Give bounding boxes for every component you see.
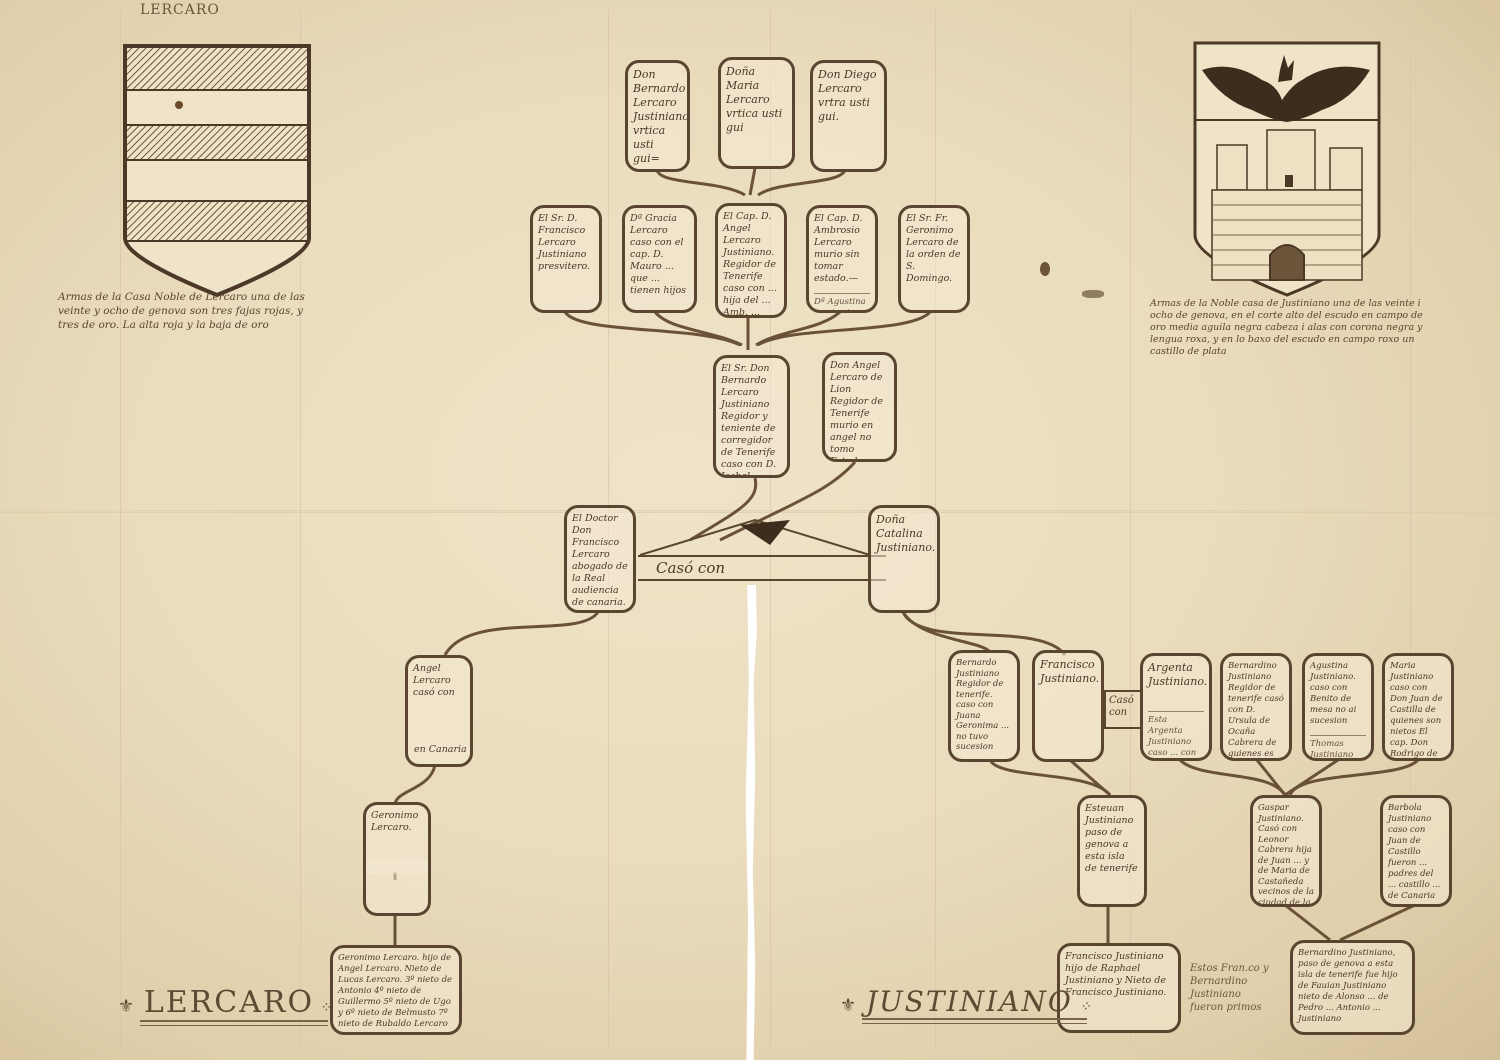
person-box-angel-lercaro-justiniano: El Cap. D. Angel Lercaro Justiniano. Reg…	[715, 203, 787, 318]
person-box-francisco-lercaro-presbitero: El Sr. D. Francisco Lercaro Justiniano p…	[530, 205, 602, 313]
cousins-note: Estos Fran.co y Bernardino Justiniano fu…	[1190, 962, 1275, 1014]
lercaro-coat-of-arms-icon	[122, 43, 312, 298]
person-box-barbola-justiniano: Barbola Justiniano caso con Juan de Cast…	[1380, 795, 1452, 907]
person-box-don-diego-lercaro: Don Diego Lercaro vrtra usti gui.	[810, 60, 887, 172]
person-box-empty	[363, 860, 431, 916]
lercaro-arms-caption: Armas de la Casa Noble de Lercaro una de…	[58, 290, 318, 332]
ink-stain	[1082, 290, 1104, 298]
person-box-gracia-lercaro: Dª Gracia Lercaro caso con el cap. D. Ma…	[622, 205, 697, 313]
person-box-don-bernardo-lercaro: Don Bernardo Lercaro Justiniano vrtica u…	[625, 60, 690, 172]
underline-divider	[140, 1020, 328, 1026]
underline-divider	[862, 1018, 1087, 1024]
person-box-bernardo-lercaro-justiniano: El Sr. Don Bernardo Lercaro Justiniano R…	[713, 355, 790, 478]
family-label-justiniano: ⚜ JUSTINIANO ⁘	[840, 985, 1093, 1018]
family-label-lercaro: ⚜ LERCARO ⁘	[118, 985, 334, 1020]
person-box-maria-justiniano: Maria Justiniano caso con Don Juan de Ca…	[1382, 653, 1454, 761]
ink-stain	[1040, 262, 1050, 276]
person-box-ambrosio-lercaro: El Cap. D. Ambrosio Lercaro murio sin to…	[806, 205, 878, 313]
top-title-lercaro: LERCARO	[140, 4, 220, 17]
person-box-argenta-justiniano: Argenta Justiniano.Esta Argenta Justinia…	[1140, 653, 1212, 761]
person-box-bernardino-justiniano-final: Bernardino Justiniano, paso de genova a …	[1290, 940, 1415, 1035]
marriage-label-caso-con-2: Casó con	[1104, 690, 1143, 729]
justiniano-arms-caption: Armas de la Noble casa de Justiniano una…	[1150, 298, 1435, 358]
person-box-doctor-francisco-lercaro: El Doctor Don Francisco Lercaro abogado …	[564, 505, 636, 613]
person-box-esteuan-justiniano: Esteuan Justiniano paso de genova a esta…	[1077, 795, 1147, 907]
person-box-agustina-justiniano: Agustina Justiniano. caso con Benito de …	[1302, 653, 1374, 761]
person-box-bernardino-justiniano: Bernardino Justiniano Regidor de tenerif…	[1220, 653, 1292, 761]
person-box-dona-maria-lercaro: Doña Maria Lercaro vrtica usti gui	[718, 57, 795, 169]
person-box-angel-lercaro-de-lion: Don Angel Lercaro de Lion Regidor de Ten…	[822, 352, 897, 462]
person-box-bernardo-justiniano: Bernardo Justiniano Regidor de tenerife.…	[948, 650, 1020, 762]
marriage-label-caso-con: Casó con	[638, 555, 886, 581]
person-box-catalina-justiniano: Doña Catalina Justiniano.	[868, 505, 940, 613]
person-box-francisco-justiniano: Francisco Justiniano.	[1032, 650, 1104, 762]
person-box-gaspar-justiniano: Gaspar Justiniano. Casó con Leonor Cabre…	[1250, 795, 1322, 907]
person-box-fray-geronimo-lercaro: El Sr. Fr. Geronimo Lercaro de la orden …	[898, 205, 970, 313]
person-box-geronimo-lercaro-final: Geronimo Lercaro. hijo de Angel Lercaro.…	[330, 945, 462, 1035]
justiniano-coat-of-arms-icon	[1192, 40, 1382, 298]
person-box-angel-lercaro: Angel Lercaro casó con en Canaria	[405, 655, 473, 767]
manuscript-sheet: LERCARO Armas de la Casa Noble de Lercar…	[0, 0, 1500, 1060]
